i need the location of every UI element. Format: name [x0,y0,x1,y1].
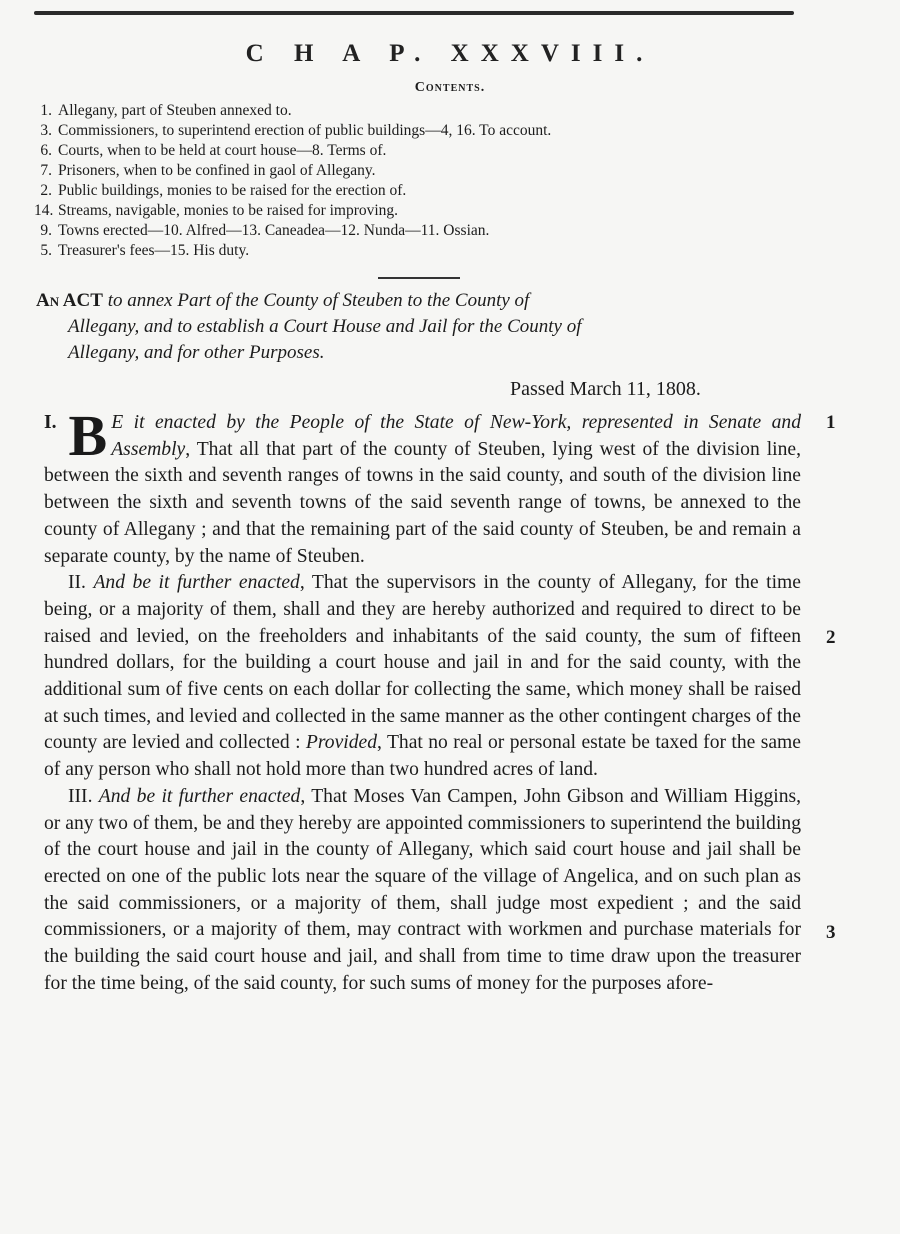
section-3: III. And be it further enacted, That Mos… [44,784,801,998]
contents-item: 5.Treasurer's fees—15. His duty. [34,241,834,261]
chapter-title: C H A P. XXXVIII. [0,40,900,68]
section-3-enacting-clause: And be it further enacted [99,786,301,807]
document-page: C H A P. XXXVIII. Contents. 1.Allegany, … [0,0,900,1234]
act-prefix: An ACT [36,290,103,311]
contents-item-number: 6. [34,141,52,161]
section-2: II. And be it further enacted, That the … [44,570,801,784]
contents-item-number: 2. [34,181,52,201]
contents-item: 6.Courts, when to be held at court house… [34,141,834,161]
contents-item-text: Treasurer's fees—15. His duty. [58,242,249,259]
contents-heading: Contents. [0,80,900,96]
margin-note-3: 3 [826,922,836,944]
contents-item-text: Streams, navigable, monies to be raised … [58,202,398,219]
section-divider [378,277,460,279]
contents-item-text: Courts, when to be held at court house—8… [58,142,386,159]
contents-item: 14.Streams, navigable, monies to be rais… [34,201,834,221]
act-body: I. B E it enacted by the People of the S… [44,410,801,997]
act-title: An ACT to annex Part of the County of St… [36,288,806,366]
proviso-label: Provided [306,732,377,753]
section-2-text: , That the supervisors in the county of … [44,572,801,753]
section-2-enacting-clause: And be it further enacted [93,572,299,593]
contents-item: 9.Towns erected—10. Alfred—13. Caneadea—… [34,221,834,241]
section-2-number: II. [68,572,93,593]
top-rule-divider [34,11,794,15]
contents-item-text: Towns erected—10. Alfred—13. Caneadea—12… [58,222,489,239]
contents-item-text: Public buildings, monies to be raised fo… [58,182,406,199]
contents-item-text: Allegany, part of Steuben annexed to. [58,102,292,119]
margin-note-2: 2 [826,627,836,649]
contents-item-number: 1. [34,101,52,121]
contents-item-number: 7. [34,161,52,181]
passed-date: Passed March 11, 1808. [510,378,701,401]
contents-list: 1.Allegany, part of Steuben annexed to. … [34,101,834,261]
contents-item-number: 5. [34,241,52,261]
contents-item-number: 3. [34,121,52,141]
act-title-line-2: Allegany, and to establish a Court House… [36,314,806,340]
section-1-number: I. [44,410,57,437]
margin-note-1: 1 [826,412,836,434]
section-3-number: III. [68,786,99,807]
contents-item-text: Commissioners, to superintend erection o… [58,122,551,139]
act-title-line-1: to annex Part of the County of Steuben t… [103,290,529,311]
act-title-line-3: Allegany, and for other Purposes. [36,340,806,366]
section-3-text: , That Moses Van Campen, John Gibson and… [44,786,801,994]
contents-item: 3.Commissioners, to superintend erection… [34,121,834,141]
drop-cap: B [69,412,108,460]
contents-item: 1.Allegany, part of Steuben annexed to. [34,101,834,121]
contents-item: 2.Public buildings, monies to be raised … [34,181,834,201]
contents-item-number: 14. [34,201,52,221]
contents-item-number: 9. [34,221,52,241]
contents-item: 7.Prisoners, when to be confined in gaol… [34,161,834,181]
section-1: I. B E it enacted by the People of the S… [44,410,801,570]
contents-item-text: Prisoners, when to be confined in gaol o… [58,162,376,179]
